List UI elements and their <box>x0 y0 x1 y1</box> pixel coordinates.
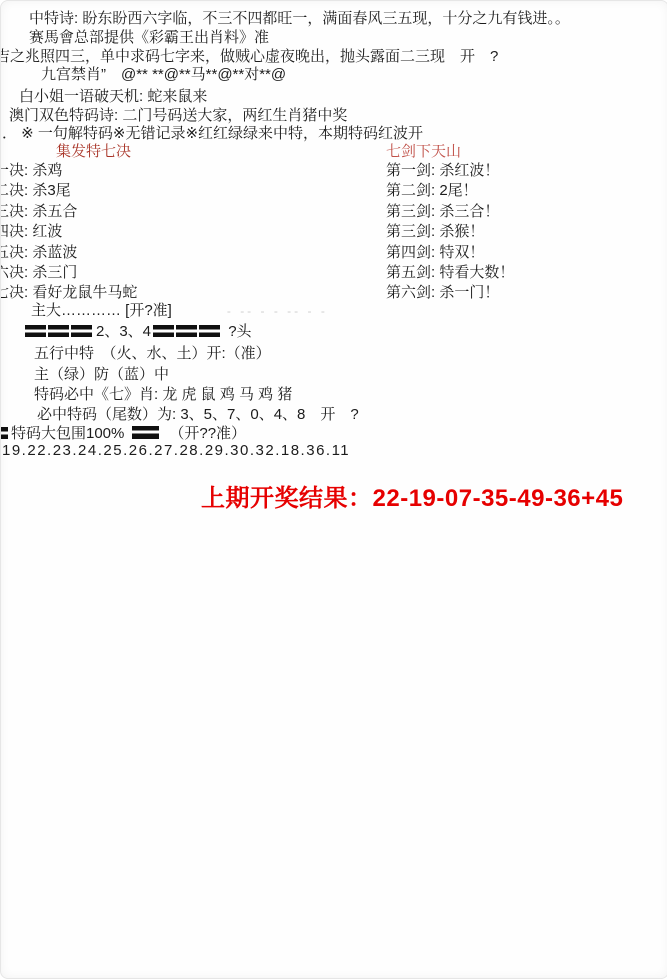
right-column-list: 第一剑: 杀红波！ 第二剑: 2尾！ 第三剑: 杀三合！ 第三剑: 杀猴！ 第四… <box>386 161 514 304</box>
zhuda-text: 主大………… [开?准] <box>31 302 172 319</box>
bars-line: 2、3、4 ?头 <box>25 320 252 341</box>
dabaowei-label: 特码大包围100% <box>11 425 124 442</box>
numbers-line: 19.22.23.24.25.26.27.28.29.30.32.18.36.1… <box>2 442 350 459</box>
bars-tail-text: ?头 <box>224 323 252 340</box>
wuxing-line: 五行中特 （火、水、土）开:（准） <box>34 342 271 363</box>
list-item: 二决: 杀3尾 <box>0 181 137 201</box>
dabaowei-tail: （开??准） <box>169 425 246 442</box>
list-item: 第三剑: 杀三合！ <box>386 202 514 222</box>
black-bars-left <box>25 323 96 340</box>
lottery-tip-sheet: 中特诗: 盼东盼西六字临，不三不四都旺一，满面春风三五现，十分之九有钱进。。 赛… <box>0 0 667 979</box>
left-column-title: 集发特七决 <box>56 140 131 161</box>
black-bars-right <box>151 323 224 340</box>
list-item: 第六剑: 杀一门！ <box>386 283 514 303</box>
list-item: 第三剑: 杀猴！ <box>386 222 514 242</box>
zhulv-line: 主（绿）防（蓝）中 <box>34 363 169 384</box>
saimahui-line: 赛馬會总部提供《彩霸王出肖料》准 <box>29 26 269 47</box>
list-item: 第一剑: 杀红波！ <box>386 161 514 181</box>
baixiaojie-line: 白小姐一语破天机: 蛇来鼠来 <box>19 85 207 106</box>
list-item: 三决: 杀五合 <box>0 202 137 222</box>
texiao-line: 特码必中《七》肖: 龙 虎 鼠 鸡 马 鸡 猪 <box>34 383 292 404</box>
zhongte-poem-line: 中特诗: 盼东盼西六字临，不三不四都旺一，满面春风三五现，十分之九有钱进。。 <box>29 7 570 28</box>
list-item: 六决: 杀三门 <box>0 263 137 283</box>
zhuda-line: 主大………… [开?准]- -- - - -- - - <box>31 299 328 320</box>
faded-marks: - -- - - -- - - <box>227 304 328 318</box>
double-bar <box>132 426 159 439</box>
result-label: 上期开奖结果： <box>201 485 373 512</box>
last-draw-result: 上期开奖结果：22-19-07-35-49-36+45 <box>201 478 623 513</box>
list-item: 四决: 红波 <box>0 222 137 242</box>
list-item: 第二剑: 2尾！ <box>386 181 514 201</box>
left-column-list: 一决: 杀鸡 二决: 杀3尾 三决: 杀五合 四决: 红波 五决: 杀蓝波 六决… <box>0 161 137 304</box>
list-item: 第四剑: 特双！ <box>386 243 514 263</box>
list-item: 五决: 杀蓝波 <box>0 243 137 263</box>
clipped-bar <box>0 427 8 439</box>
list-item: 第五剑: 特看大数！ <box>386 263 514 283</box>
right-column-title: 七剑下天山 <box>386 140 461 161</box>
list-item: 一决: 杀鸡 <box>0 161 137 181</box>
bars-mid-text: 2、3、4 <box>96 323 151 340</box>
dabaowei-line: 特码大包围100%（开??准） <box>0 422 246 443</box>
weishu-line: 必中特码（尾数）为: 3、5、7、0、4、8 开 ? <box>37 403 359 424</box>
result-value: 22-19-07-35-49-36+45 <box>373 485 624 512</box>
jiugong-line: 九宫禁肖” @** **@**马**@**对**@ <box>41 63 286 84</box>
